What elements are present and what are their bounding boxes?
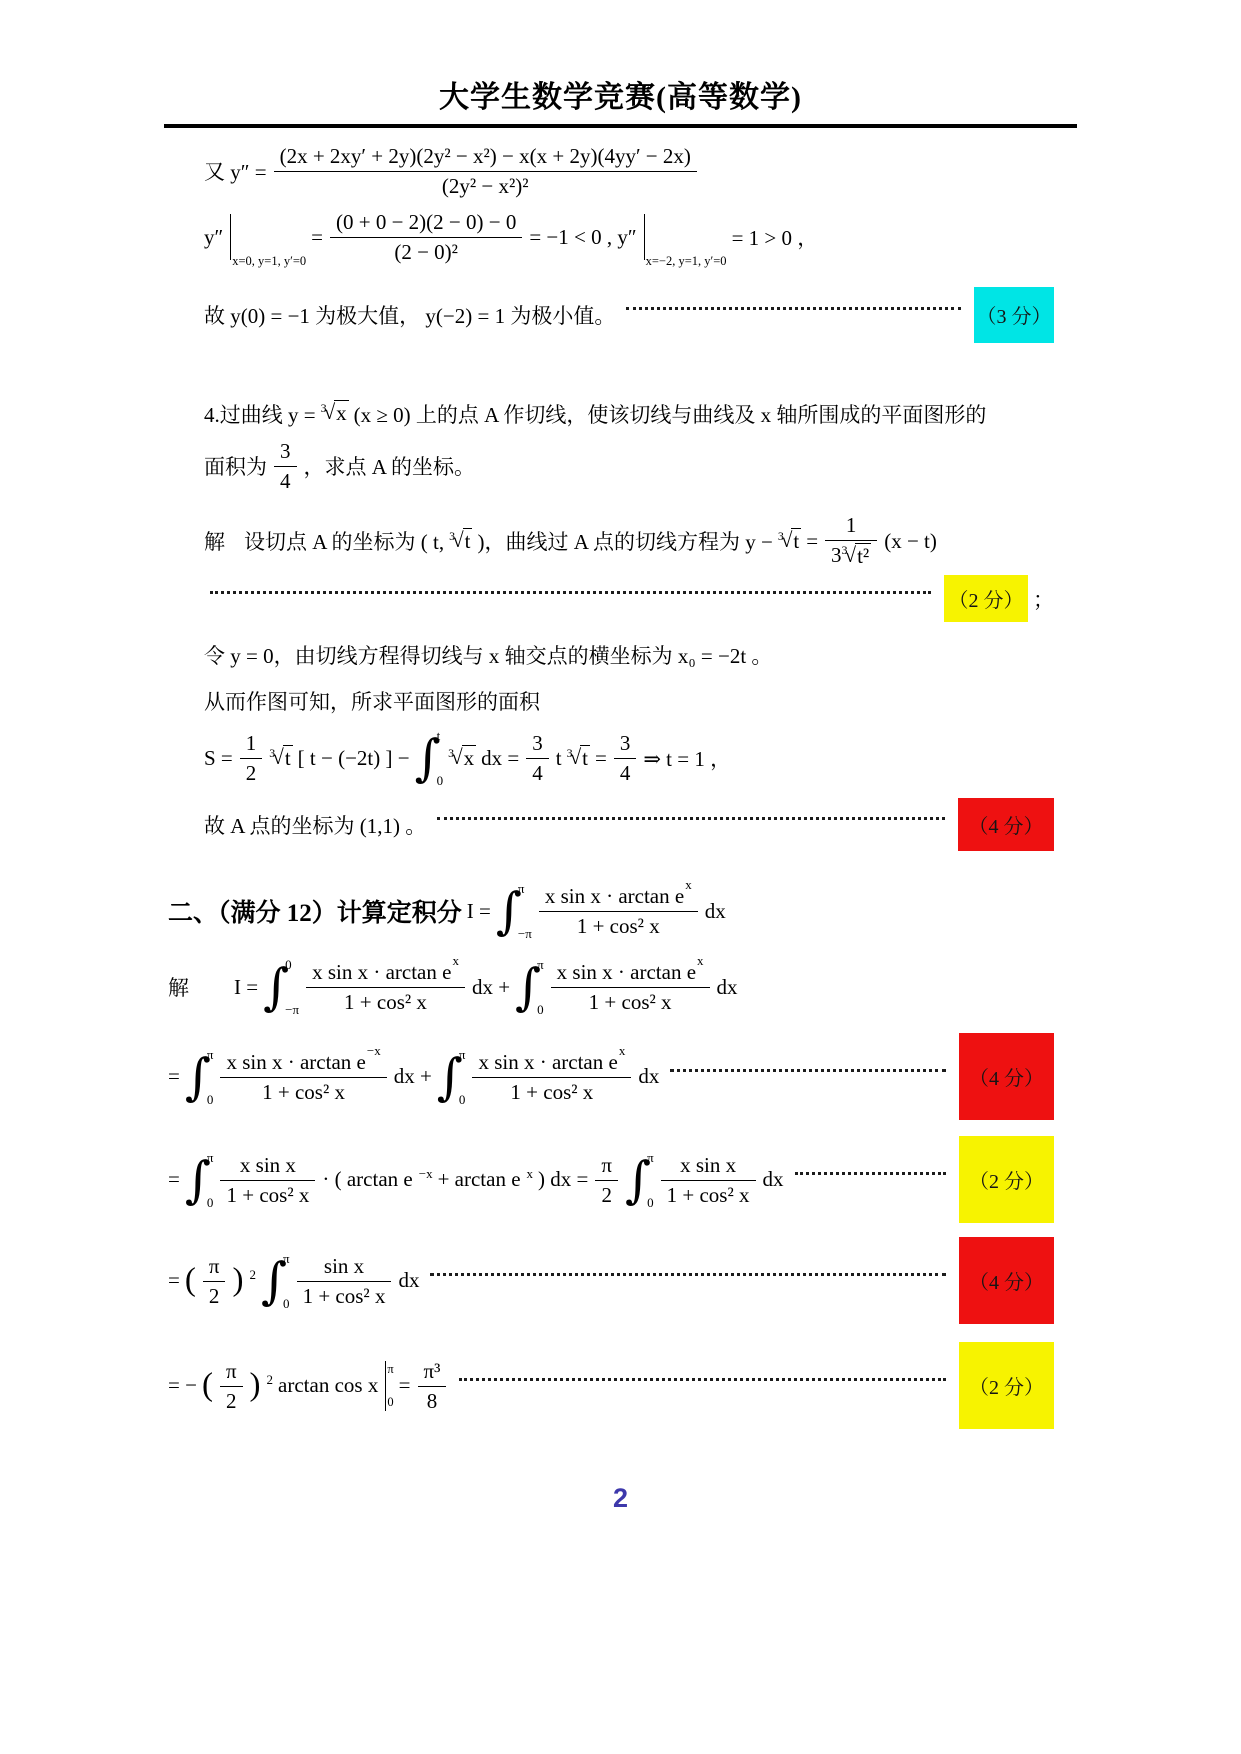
math-text: = −1 < 0 , y″ [529,225,636,250]
fraction-denominator: 4 [526,758,549,785]
dotted-leader [210,591,931,594]
left-paren: ( [202,1369,213,1402]
root-index: 3 [448,746,454,761]
page-number: 2 [0,1483,1241,1514]
integral: ∫π0 [185,1148,214,1212]
math-text: [ t − (−2t) ] − [298,746,410,771]
root-index: 3 [269,746,275,761]
solution-text: 令 y = 0，由切线方程得切线与 x 轴交点的横坐标为 x₀ = −2t 。 [204,640,772,670]
score-line-2pts: （2 分） ； [204,575,1054,622]
vertical-bar [644,214,645,260]
score-badge-4pts: （4 分） [959,1033,1054,1120]
problem-text: ，求点 A 的坐标。 [304,451,476,481]
math-text: 设切点 A 的坐标为 ( t, [244,526,444,556]
math-text: S = [204,746,233,771]
fraction-denominator: (2 − 0)² [330,237,522,264]
dotted-leader [459,1378,946,1381]
fraction-numerator: (2x + 2xy′ + 2y)(2y² − x²) − x(x + 2y)(4… [274,144,697,171]
cube-root: 3√t [778,528,801,554]
integral: ∫π−π [496,879,532,943]
upper-limit: π [459,1048,466,1061]
math-text: dx [705,899,726,924]
fraction-denominator: 2 [203,1281,226,1308]
area-intro-line: 从而作图可知，所求平面图形的面积 [204,686,1054,716]
math-text: dx = [481,746,519,771]
math-text: = [168,1167,180,1192]
fraction-numerator: π [595,1153,618,1180]
cube-root: 3√t [449,528,472,554]
integral: ∫π0 [261,1249,290,1313]
exponent: x [685,878,692,893]
dotted-leader [670,1069,946,1072]
evaluation-bar: x=−2, y=1, y′=0 [642,214,727,260]
fraction-numerator: x sin x · arctan ex [551,960,710,987]
problem-text: (x ≥ 0) 上的点 A 作切线，使该切线与曲线及 x 轴所围成的平面图形的 [354,399,987,429]
fraction-numerator: x sin x · arctan ex [472,1050,631,1077]
right-paren: ) [250,1369,261,1402]
fraction-denominator: 8 [418,1386,447,1413]
math-text: = 1 > 0 ， [732,222,819,252]
exponent: −x [419,1166,433,1182]
math-text: dx [717,975,738,1000]
exponent: −x [367,1044,381,1059]
extremum-conclusion-line: 故 y(0) = −1 为极大值， y(−2) = 1 为极小值。 （3 分） [204,287,1054,343]
problem-text: 面积为 [204,451,267,481]
upper-limit: π [647,1151,654,1164]
fraction: (0 + 0 − 2)(2 − 0) − 0 (2 − 0)² [330,210,522,264]
lower-limit: 0 [459,1093,466,1106]
integral: ∫0−π [263,955,299,1019]
title-rule [164,124,1077,128]
vertical-bar [230,214,231,260]
fraction-numerator: x sin x · arctan ex [306,960,465,987]
fraction: x sin x · arctan ex 1 + cos² x [306,960,465,1014]
fraction: x sin x · arctan ex 1 + cos² x [539,884,698,938]
radicand: t [463,528,473,554]
math-text: dx [638,1064,659,1089]
radicand: t² [855,543,871,569]
fraction: π³ 8 [418,1359,447,1413]
math-text: = [168,1064,180,1089]
fraction: x sin x 1 + cos² x [661,1153,756,1207]
dotted-leader [795,1172,946,1175]
math-text: x sin x · arctan e [226,1050,365,1074]
dotted-leader [437,817,945,820]
math-text: = − [168,1373,197,1398]
math-text: dx + [394,1064,432,1089]
fraction-numerator: x sin x [220,1153,315,1180]
step-combine-arctan: = ∫π0 x sin x 1 + cos² x · ( arctan e−x … [168,1136,1054,1223]
radicand: t [791,528,801,554]
exponent: 2 [267,1372,274,1388]
math-text: dx + [472,975,510,1000]
math-text: I = [234,975,258,1000]
problem4-statement-line2: 面积为 3 4 ，求点 A 的坐标。 [204,439,1054,493]
fraction-denominator: 33√t² [825,540,877,569]
lower-limit: 0 [437,774,444,787]
vertical-bar [385,1361,386,1411]
score-badge-4pts: （4 分） [958,798,1054,851]
integral: ∫π0 [625,1148,654,1212]
math-text: x sin x · arctan e [545,884,684,908]
upper-limit: π [207,1151,214,1164]
fraction: 1 2 [240,731,263,785]
math-text: dx [398,1268,419,1293]
step-split-integrals: = ∫π0 x sin x · arctan e−x 1 + cos² x dx… [168,1033,1054,1120]
fraction-denominator: 4 [614,758,637,785]
radicand: x [334,400,349,426]
formula-y-double-prime: 又 y″ = (2x + 2xy′ + 2y)(2y² − x²) − x(x … [204,144,1054,198]
fraction: x sin x · arctan e−x 1 + cos² x [220,1050,386,1104]
solution-text: 从而作图可知，所求平面图形的面积 [204,686,540,716]
math-text: 3 [831,543,842,567]
fraction-numerator: 3 [526,731,549,758]
math-text: x sin x · arctan e [557,960,696,984]
cube-root: 3√x [448,745,476,771]
fraction-numerator: 1 [825,513,877,540]
root-index: 3 [842,544,848,558]
integral: ∫π0 [515,955,544,1019]
fraction-denominator: 2 [240,758,263,785]
solution-label: 解 [204,526,225,556]
fraction-numerator: x sin x · arctan e−x [220,1050,386,1077]
fraction: sin x 1 + cos² x [297,1254,392,1308]
step-final-result: = − ( π 2 )2 arctan cos x π0 = π³ 8 （2 分… [168,1342,1054,1429]
formula-lead: 又 y″ = [204,156,267,186]
fraction-denominator: 1 + cos² x [297,1281,392,1308]
exponent: 2 [249,1267,256,1283]
math-text: x sin x · arctan e [478,1050,617,1074]
conclusion-text: 故 A 点的坐标为 (1,1) 。 [204,810,426,840]
problem4-solution-setup: 解 设切点 A 的坐标为 ( t, 3√t )，曲线过 A 点的切线方程为 y … [204,513,1054,569]
integral: ∫t0 [415,726,444,790]
conclusion-text: 故 y(0) = −1 为极大值， y(−2) = 1 为极小值。 [204,300,615,330]
lower-limit: 0 [537,1003,544,1016]
lower-limit: 0 [647,1196,654,1209]
tangent-intercept-line: 令 y = 0，由切线方程得切线与 x 轴交点的横坐标为 x₀ = −2t 。 [204,640,1054,670]
fraction-denominator: 1 + cos² x [661,1180,756,1207]
page-title: 大学生数学竞赛(高等数学) [0,0,1241,116]
upper-limit: π [387,1363,393,1376]
evaluation-bar: π0 [383,1361,393,1411]
upper-limit: π [283,1252,290,1265]
fraction-denominator: 4 [274,466,297,493]
radicand: x [462,745,477,771]
lower-limit: −π [518,927,532,940]
dotted-leader [430,1273,946,1276]
fraction-denominator: 1 + cos² x [539,911,698,938]
math-text: · ( arctan e [322,1167,412,1192]
fraction: x sin x · arctan ex 1 + cos² x [472,1050,631,1104]
root-index: 3 [321,401,327,416]
fraction: π 2 [595,1153,618,1207]
fraction-denominator: (2y² − x²)² [274,171,697,198]
score-badge-4pts: （4 分） [959,1237,1054,1324]
math-text: arctan cos x [278,1373,378,1398]
math-text: = [311,225,323,250]
solution-label: 解 [168,972,189,1002]
math-text: I = [467,899,491,924]
root-index: 3 [778,529,784,544]
fraction-denominator: 1 + cos² x [551,987,710,1014]
fraction-numerator: π³ [418,1359,447,1386]
lower-limit: 0 [207,1093,214,1106]
integral-limits: π0 [207,1045,214,1109]
lower-limit: 0 [283,1297,290,1310]
problem4-statement-line1: 4.过曲线 y = 3√x (x ≥ 0) 上的点 A 作切线，使该切线与曲线及… [204,399,1054,429]
evaluation-limits: π0 [387,1361,393,1411]
score-badge-2pts: （2 分） [959,1136,1054,1223]
evaluation-bar: x=0, y=1, y′=0 [228,214,306,260]
cube-root: 3√t² [842,543,872,569]
upper-limit: t [437,729,444,742]
fraction: 1 33√t² [825,513,877,569]
cube-root: 3√x [321,400,349,426]
fraction-numerator: 1 [240,731,263,758]
evaluation-subscript: x=−2, y=1, y′=0 [646,254,727,269]
fraction-denominator: 2 [220,1386,243,1413]
math-text: = [399,1373,411,1398]
area-formula-line: S = 1 2 3√t [ t − (−2t) ] − ∫t0 3√x dx =… [204,726,1054,790]
fraction-numerator: π [220,1359,243,1386]
score-badge-2pts: （2 分） [959,1342,1054,1429]
fraction-numerator: sin x [297,1254,392,1281]
left-paren: ( [185,1264,196,1297]
fraction: π 2 [203,1254,226,1308]
math-text: (x − t) [884,529,937,554]
section2-heading: 二、（满分 12）计算定积分 I = ∫π−π x sin x · arctan… [168,879,1054,943]
fraction-denominator: 1 + cos² x [220,1180,315,1207]
fraction-numerator: 3 [614,731,637,758]
math-text: ⇒ t = 1 ， [643,743,731,773]
fraction-denominator: 1 + cos² x [220,1077,386,1104]
integral: ∫π0 [437,1045,466,1109]
section-title: 二、（满分 12）计算定积分 [168,893,462,929]
right-paren: ) [232,1264,243,1297]
fraction-denominator: 2 [595,1180,618,1207]
integral-limits: t0 [437,726,444,790]
lower-limit: 0 [387,1396,393,1409]
upper-limit: π [518,882,532,895]
root-index: 3 [449,529,455,544]
math-text: = [168,1268,180,1293]
fraction-numerator: (0 + 0 − 2)(2 − 0) − 0 [330,210,522,237]
integral-limits: π0 [647,1148,654,1212]
radicand: t [580,745,590,771]
lower-limit: 0 [207,1196,214,1209]
punctuation: ； [1033,584,1054,614]
integral-limits: π0 [283,1249,290,1313]
upper-limit: π [207,1048,214,1061]
step-pi-half-squared: = ( π 2 )2 ∫π0 sin x 1 + cos² x dx （4 分） [168,1237,1054,1324]
document-page: 大学生数学竞赛(高等数学) 又 y″ = (2x + 2xy′ + 2y)(2y… [0,0,1241,1754]
exponent: x [697,954,704,969]
fraction: 3 4 [274,439,297,493]
fraction-numerator: x sin x · arctan ex [539,884,698,911]
math-text: )，曲线过 A 点的切线方程为 y − [477,526,772,556]
evaluation-subscript: x=0, y=1, y′=0 [232,254,306,269]
math-text: x sin x · arctan e [312,960,451,984]
cube-root: 3√t [567,745,590,771]
math-text: t [556,746,562,771]
integral-limits: π0 [459,1045,466,1109]
fraction-denominator: 1 + cos² x [472,1077,631,1104]
exponent: x [619,1044,626,1059]
page-content: 又 y″ = (2x + 2xy′ + 2y)(2y² − x²) − x(x … [204,144,1054,1429]
math-text: + arctan e [438,1167,521,1192]
problem-text: 4.过曲线 y = [204,399,316,429]
fraction-denominator: 1 + cos² x [306,987,465,1014]
fraction: x sin x 1 + cos² x [220,1153,315,1207]
fraction: 3 4 [614,731,637,785]
math-text: = [595,746,607,771]
cube-root: 3√t [269,745,292,771]
fraction-numerator: 3 [274,439,297,466]
exponent: x [452,954,459,969]
exponent: x [527,1166,534,1182]
integral-limits: π0 [537,955,544,1019]
integral-limits: 0−π [285,955,299,1019]
math-text: dx [763,1167,784,1192]
fraction-numerator: π [203,1254,226,1281]
integral-limits: π0 [207,1148,214,1212]
fraction: π 2 [220,1359,243,1413]
math-text: y″ [204,225,223,250]
section2-solution-line: 解 I = ∫0−π x sin x · arctan ex 1 + cos² … [168,955,1054,1019]
math-text: = [806,529,818,554]
fraction: (2x + 2xy′ + 2y)(2y² − x²) − x(x + 2y)(4… [274,144,697,198]
fraction: x sin x · arctan ex 1 + cos² x [551,960,710,1014]
upper-limit: 0 [285,958,299,971]
fraction-numerator: x sin x [661,1153,756,1180]
integral-limits: π−π [518,879,532,943]
score-badge-2pts: （2 分） [944,575,1028,622]
score-badge-3pts: （3 分） [974,287,1054,343]
math-text: ) dx = [538,1167,588,1192]
integral: ∫π0 [185,1045,214,1109]
fraction: 3 4 [526,731,549,785]
lower-limit: −π [285,1003,299,1016]
upper-limit: π [537,958,544,971]
formula-y-double-prime-evaluated: y″ x=0, y=1, y′=0 = (0 + 0 − 2)(2 − 0) −… [204,210,1054,264]
radicand: t [283,745,293,771]
dotted-leader [626,307,961,310]
coordinate-conclusion-line: 故 A 点的坐标为 (1,1) 。 （4 分） [204,798,1054,851]
root-index: 3 [567,746,573,761]
